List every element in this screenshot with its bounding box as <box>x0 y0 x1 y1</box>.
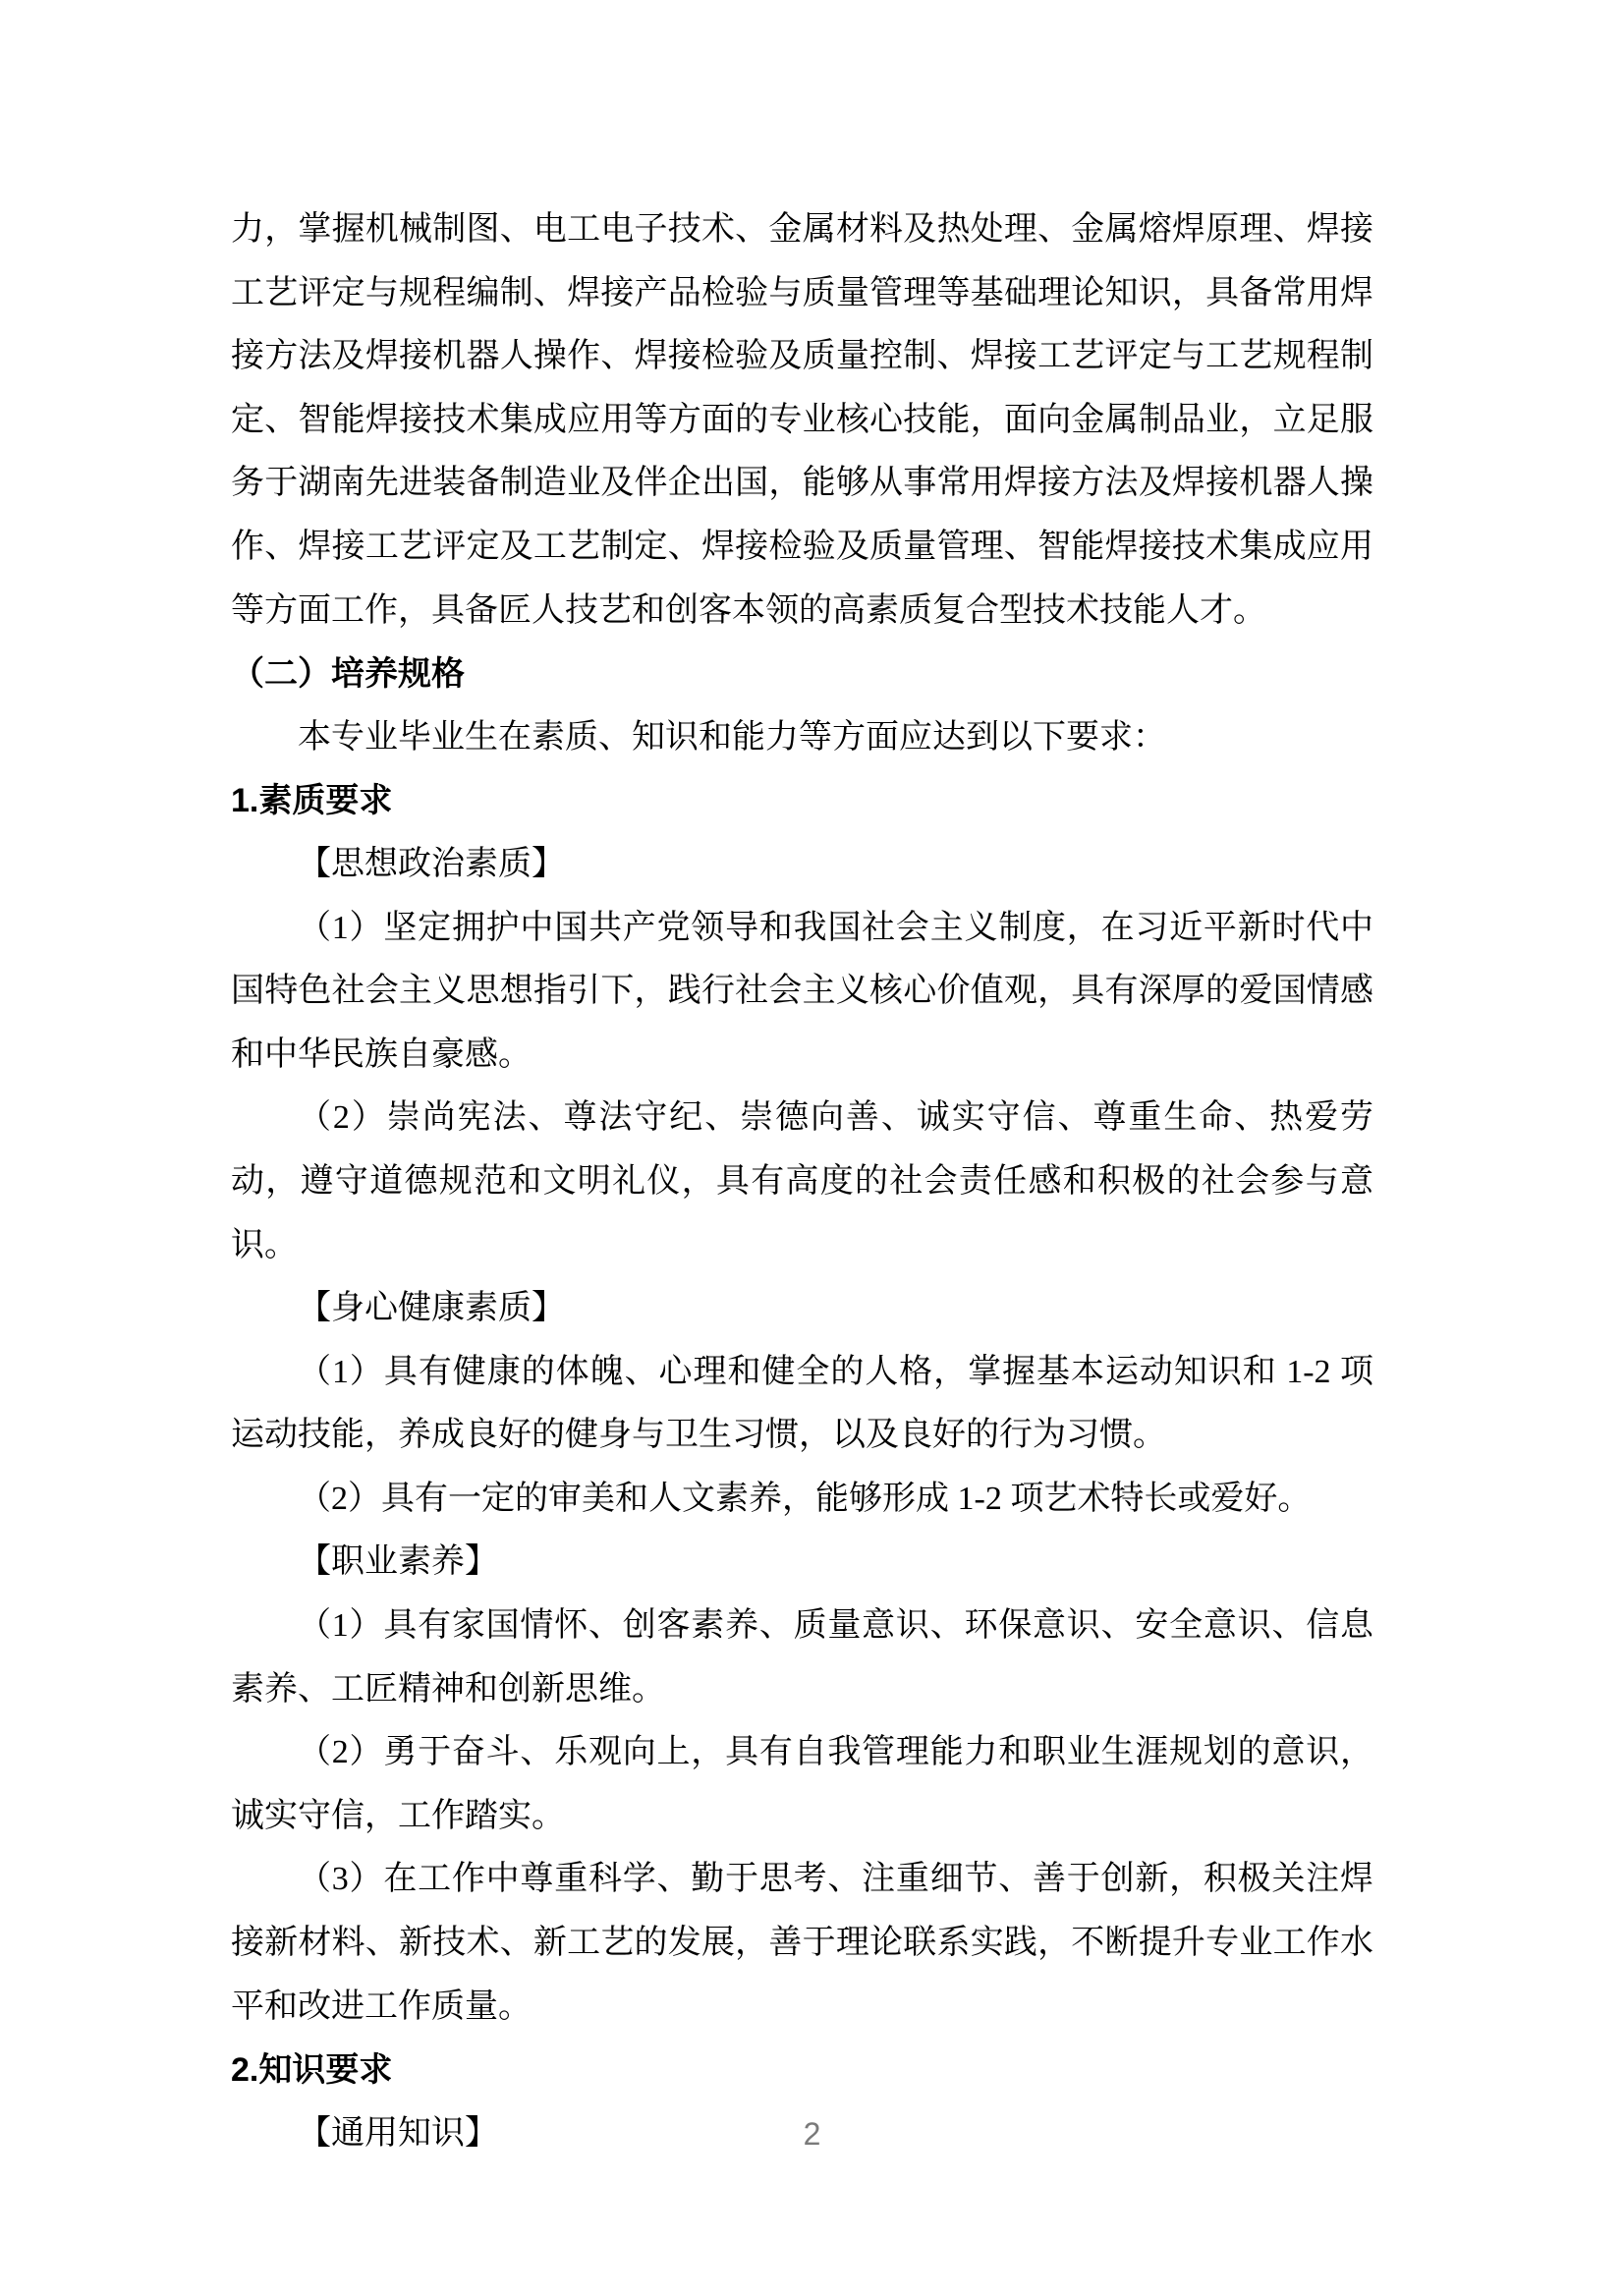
paragraph-item: （2）崇尚宪法、尊法守纪、崇德向善、诚实守信、尊重生命、热爱劳动，遵守道德规范和… <box>231 1087 1373 1277</box>
page-number: 2 <box>804 2116 821 2152</box>
paragraph-item: （1）具有健康的体魄、心理和健全的人格，掌握基本运动知识和 1-2 项运动技能，… <box>231 1341 1373 1468</box>
section-heading-quality-requirements: 1.素质要求 <box>231 769 1373 833</box>
paragraph-intro: 本专业毕业生在素质、知识和能力等方面应达到以下要求： <box>231 706 1373 770</box>
subheading-physical-mental-health: 【身心健康素质】 <box>231 1277 1373 1341</box>
page-footer: 2 <box>0 2114 1624 2154</box>
section-heading-knowledge-requirements: 2.知识要求 <box>231 2039 1373 2102</box>
document-text-column: 力，掌握机械制图、电工电子技术、金属材料及热处理、金属熔焊原理、焊接工艺评定与规… <box>231 198 1373 2165</box>
paragraph-item: （2）具有一定的审美和人文素养，能够形成 1-2 项艺术特长或爱好。 <box>231 1468 1373 1532</box>
section-heading-training-specs: （二）培养规格 <box>231 643 1373 706</box>
subheading-ideological-political: 【思想政治素质】 <box>231 833 1373 897</box>
paragraph-item: （1）具有家国情怀、创客素养、质量意识、环保意识、安全意识、信息素养、工匠精神和… <box>231 1595 1373 1721</box>
paragraph-item: （1）坚定拥护中国共产党领导和我国社会主义制度，在习近平新时代中国特色社会主义思… <box>231 897 1373 1088</box>
paragraph-item: （2）勇于奋斗、乐观向上，具有自我管理能力和职业生涯规划的意识，诚实守信，工作踏… <box>231 1721 1373 1848</box>
paragraph-item: （3）在工作中尊重科学、勤于思考、注重细节、善于创新，积极关注焊接新材料、新技术… <box>231 1848 1373 2039</box>
paragraph-continuation: 力，掌握机械制图、电工电子技术、金属材料及热处理、金属熔焊原理、焊接工艺评定与规… <box>231 198 1373 643</box>
subheading-professional-quality: 【职业素养】 <box>231 1531 1373 1595</box>
document-page: 力，掌握机械制图、电工电子技术、金属材料及热处理、金属熔焊原理、焊接工艺评定与规… <box>0 0 1624 2296</box>
